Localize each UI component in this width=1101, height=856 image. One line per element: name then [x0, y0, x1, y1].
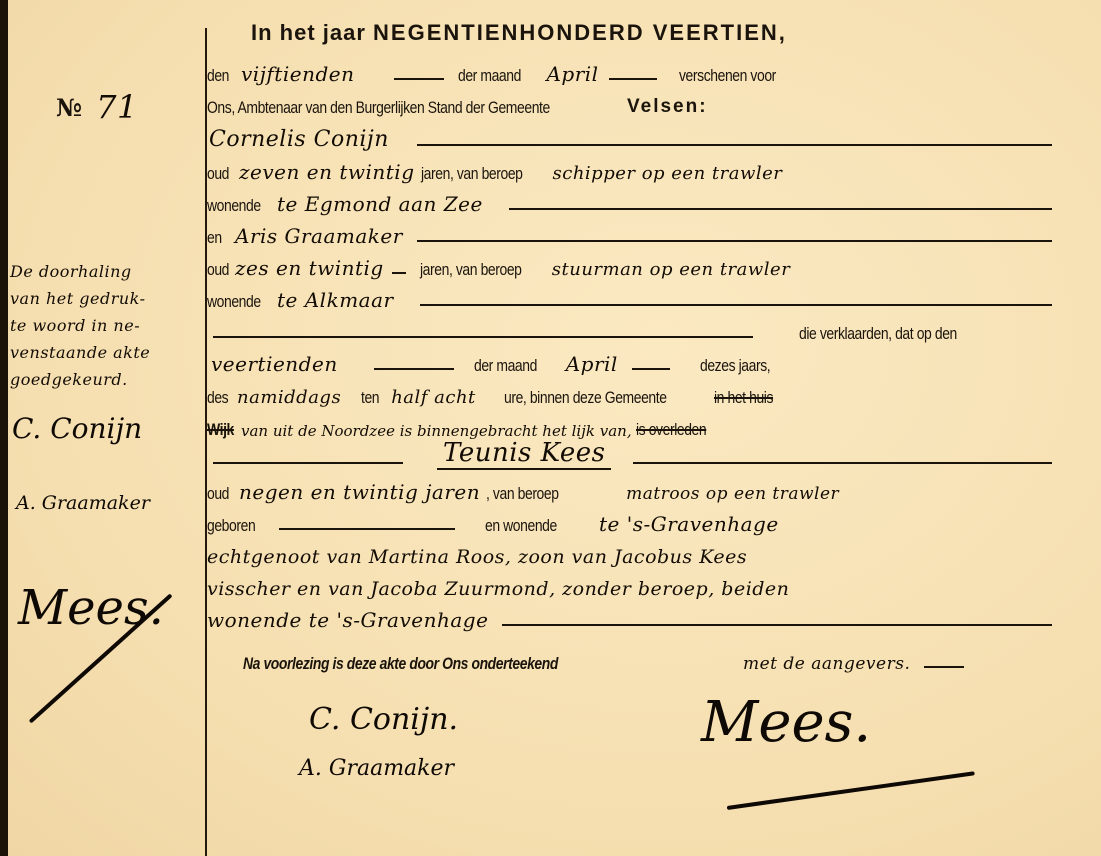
registrar-signature-underline — [727, 771, 975, 810]
margin-note-line: goedgekeurd. — [10, 366, 150, 393]
margin-column: № 71 De doorhaling van het gedruk- te wo… — [8, 0, 204, 856]
line-death-date: veertienden der maand April dezes jaars, — [207, 346, 1062, 376]
printed-text: wonende — [207, 292, 264, 312]
line-declarant-1-residence: wonende te Egmond aan Zee — [207, 186, 1052, 216]
handwritten-declarant-1: Cornelis Conijn — [209, 127, 389, 152]
record-header: In het jaar NEGENTIENHONDERD VEERTIEN, — [251, 20, 787, 46]
line-declarant-2-age: oud zes en twintig jaren, van beroep stu… — [207, 250, 1062, 280]
line-deceased-name: Teunis Kees — [207, 440, 1052, 470]
line-closing: Na voorlezing is deze akte door Ons onde… — [243, 644, 1073, 674]
handwritten-day: vijftienden — [241, 62, 354, 86]
handwritten-occupation: matroos op een trawler — [626, 484, 839, 504]
blank-rule — [417, 240, 1052, 242]
printed-text: jaren, van beroep — [421, 164, 528, 184]
handwritten-hour: half acht — [391, 387, 476, 408]
handwritten-spouse-father: echtgenoot van Martina Roos, zoon van Ja… — [207, 546, 747, 568]
printed-text: geboren — [207, 516, 256, 536]
line-declarant-2-name: en Aris Graamaker — [207, 218, 1052, 248]
blank-rule — [632, 368, 670, 370]
scan-edge — [0, 0, 8, 856]
margin-note-line: te woord in ne- — [10, 312, 150, 339]
line-declarant-2-residence: wonende te Alkmaar — [207, 282, 1052, 312]
handwritten-part-of-day: namiddags — [237, 387, 341, 408]
line-declarant-1-name: Cornelis Conijn — [207, 122, 1052, 152]
margin-note-line: De doorhaling — [10, 258, 150, 285]
blank-rule — [279, 528, 455, 530]
line-death-time: des namiddags ten half acht ure, binnen … — [207, 378, 1067, 408]
handwritten-death-day: veertienden — [211, 352, 338, 376]
handwritten-signed-with: met de aangevers. — [743, 654, 910, 674]
handwritten-occupation: stuurman op een trawler — [552, 259, 791, 280]
line-declaration: die verklaarden, dat op den — [207, 314, 1062, 344]
header-prefix: In het jaar — [251, 20, 366, 45]
handwritten-residence: te Egmond aan Zee — [277, 192, 483, 216]
line-spouse-parents: echtgenoot van Martina Roos, zoon van Ja… — [207, 538, 1067, 568]
printed-text: jaren, van beroep — [420, 260, 527, 280]
blank-rule — [213, 336, 753, 338]
handwritten-death-month: April — [566, 352, 618, 376]
signature-declarant-2: A. Graamaker — [299, 756, 454, 781]
line-official: Ons, Ambtenaar van den Burgerlijken Stan… — [207, 88, 1062, 118]
line-deceased-age: oud negen en twintig jaren , van beroep … — [207, 474, 1067, 504]
handwritten-age: negen en twintig jaren — [239, 480, 480, 504]
margin-note: De doorhaling van het gedruk- te woord i… — [10, 258, 150, 393]
printed-text: ten — [361, 388, 386, 408]
handwritten-declarant-2: Aris Graamaker — [235, 224, 403, 248]
margin-signature-conijn: C. Conijn — [12, 412, 142, 445]
blank-rule — [509, 208, 1052, 210]
printed-text: wonende — [207, 196, 264, 216]
number-sign: № — [56, 93, 82, 122]
printed-text: der maand — [474, 356, 543, 376]
printed-text: ure, binnen deze Gemeente — [504, 388, 676, 408]
municipality: Velsen: — [627, 96, 708, 118]
handwritten-age: zeven en twintig — [239, 160, 415, 184]
record-body: In het jaar NEGENTIENHONDERD VEERTIEN, d… — [207, 0, 1101, 856]
printed-text: Ons, Ambtenaar van den Burgerlijken Stan… — [207, 98, 551, 118]
handwritten-residence: te Alkmaar — [277, 288, 394, 312]
record-number-value: 71 — [96, 88, 138, 126]
handwritten-deceased-name: Teunis Kees — [437, 438, 611, 470]
handwritten-residence: te 's-Gravenhage — [599, 512, 779, 536]
blank-rule — [633, 462, 1052, 464]
margin-signature-graamaker: A. Graamaker — [16, 492, 150, 514]
line-death-place: Wijk van uit de Noordzee is binnengebrac… — [207, 410, 1067, 440]
printed-text: Na voorlezing is deze akte door Ons onde… — [243, 654, 653, 674]
printed-text: den — [207, 66, 232, 86]
blank-rule — [394, 78, 444, 80]
blank-rule — [502, 624, 1052, 626]
margin-signature-registrar: Mees. — [18, 580, 164, 636]
line-parents-residence: wonende te 's-Gravenhage — [207, 602, 1052, 632]
struck-printed-text: Wijk — [207, 420, 235, 440]
printed-text: oud — [207, 484, 230, 504]
printed-text: en — [207, 228, 225, 248]
printed-text: des — [207, 388, 232, 408]
handwritten-occupation: schipper op een trawler — [553, 163, 783, 184]
printed-text: der maand — [458, 66, 524, 86]
handwritten-mother: visscher en van Jacoba Zuurmond, zonder … — [207, 578, 789, 600]
header-year: NEGENTIENHONDERD VEERTIEN, — [373, 20, 787, 45]
handwritten-month: April — [546, 62, 598, 86]
blank-rule — [420, 304, 1052, 306]
printed-text: oud — [207, 260, 230, 280]
handwritten-parents-residence: wonende te 's-Gravenhage — [207, 608, 488, 632]
blank-rule — [392, 272, 406, 274]
line-declarant-1-age: oud zeven en twintig jaren, van beroep s… — [207, 154, 1062, 184]
line-parents: visscher en van Jacoba Zuurmond, zonder … — [207, 570, 1067, 600]
struck-printed-text: in het huis — [714, 388, 780, 408]
printed-text: , van beroep — [486, 484, 601, 504]
record-number: № 71 — [56, 88, 138, 126]
printed-text: en wonende — [485, 516, 570, 536]
printed-text: dezes jaars, — [700, 356, 782, 376]
margin-note-line: van het gedruk- — [10, 285, 150, 312]
printed-text: die verklaarden, dat op den — [799, 324, 988, 344]
handwritten-age: zes en twintig — [235, 256, 384, 280]
struck-printed-text: is overleden — [636, 420, 718, 440]
printed-text: oud — [207, 164, 230, 184]
blank-rule — [374, 368, 454, 370]
blank-rule — [924, 666, 964, 668]
line-date: den vijftienden der maand April verschen… — [207, 56, 1062, 86]
signature-registrar: Mees. — [701, 690, 871, 755]
blank-rule — [213, 462, 403, 464]
blank-rule — [609, 78, 657, 80]
signature-declarant-1: C. Conijn. — [309, 702, 458, 737]
line-deceased-birth-residence: geboren en wonende te 's-Gravenhage — [207, 506, 1067, 536]
printed-text: verschenen voor — [679, 66, 777, 86]
margin-note-line: venstaande akte — [10, 339, 150, 366]
document-page: № 71 De doorhaling van het gedruk- te wo… — [0, 0, 1101, 856]
blank-rule — [417, 144, 1052, 146]
